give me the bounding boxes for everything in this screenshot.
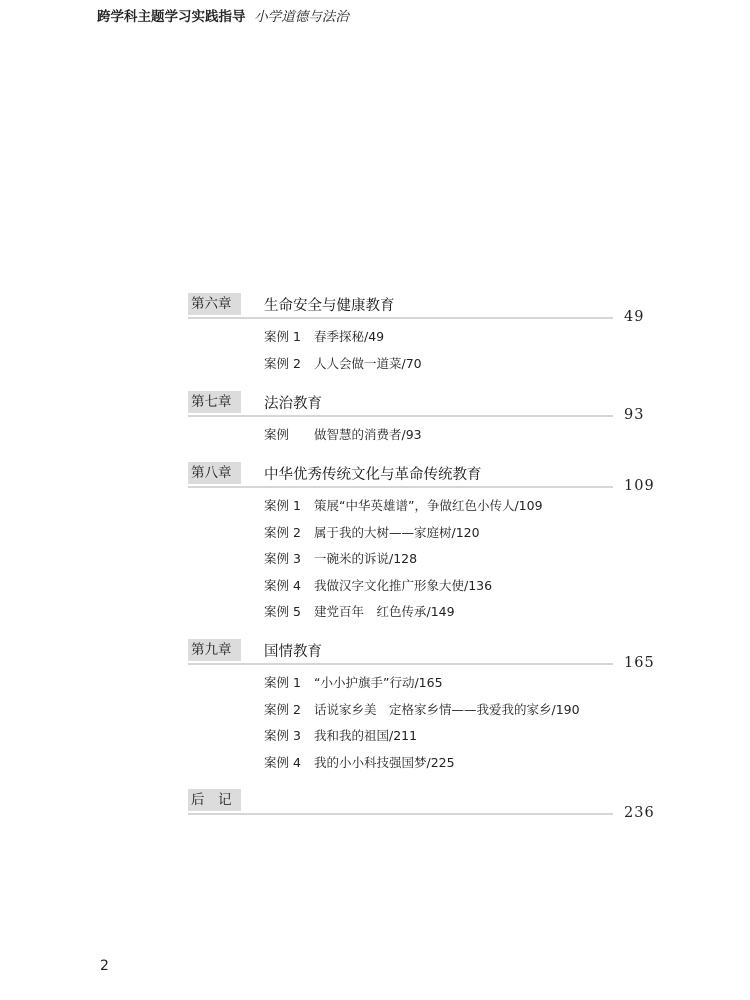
case-number: 案例 <box>264 425 289 443</box>
case-title: 属于我的大树——家庭树/120 <box>314 523 480 541</box>
case-title: 策展“中华英雄谱”，争做红色小传人/109 <box>314 496 543 514</box>
book-title: 跨学科主题学习实践指导 <box>97 9 246 25</box>
case-number: 案例 2 <box>264 700 301 718</box>
case-number: 案例 2 <box>264 523 301 541</box>
page-number: 2 <box>100 958 109 974</box>
case-number: 案例 4 <box>264 576 301 594</box>
case-title: 建党百年 红色传承/149 <box>314 602 455 620</box>
case-title: “小小护旗手”行动/165 <box>314 673 443 691</box>
chapter-label: 第七章 <box>188 391 241 413</box>
case-title: 话说家乡美 定格家乡情——我爱我的家乡/190 <box>314 700 580 718</box>
case-title: 我做汉字文化推广形象大使/136 <box>314 576 492 594</box>
case-title: 人人会做一道菜/70 <box>314 354 422 372</box>
case-number: 案例 1 <box>264 496 301 514</box>
chapter-title[interactable]: 法治教育 <box>264 392 322 413</box>
case-title: 做智慧的消费者/93 <box>314 425 422 443</box>
case-number: 案例 3 <box>264 726 301 744</box>
toc-chapter-7[interactable]: 第七章 法治教育 93 案例 做智慧的消费者/93 <box>188 391 658 452</box>
chapter-page-number: 236 <box>624 805 655 821</box>
case-title: 我和我的祖国/211 <box>314 726 417 744</box>
case-title: 我的小小科技强国梦/225 <box>314 753 455 771</box>
chapter-title[interactable]: 中华优秀传统文化与革命传统教育 <box>264 463 482 484</box>
toc-chapter-9[interactable]: 第九章 国情教育 165 案例 1 “小小护旗手”行动/165 案例 2 话说家… <box>188 639 658 779</box>
case-number: 案例 5 <box>264 602 301 620</box>
chapter-label: 第八章 <box>188 462 241 484</box>
chapter-rule <box>188 486 613 488</box>
chapter-label: 第六章 <box>188 293 241 315</box>
toc-case-item[interactable]: 案例 4 我的小小科技强国梦/225 <box>188 753 658 780</box>
chapter-title[interactable]: 生命安全与健康教育 <box>264 294 395 315</box>
toc-case-item[interactable]: 案例 1 春季探秘/49 <box>188 327 658 354</box>
chapter-rule <box>188 813 613 815</box>
book-subtitle: 小学道德与法治 <box>254 9 349 25</box>
toc-case-item[interactable]: 案例 5 建党百年 红色传承/149 <box>188 602 658 629</box>
case-number: 案例 1 <box>264 673 301 691</box>
chapter-rule <box>188 317 613 319</box>
case-number: 案例 4 <box>264 753 301 771</box>
toc-case-item[interactable]: 案例 1 “小小护旗手”行动/165 <box>188 673 658 700</box>
toc-case-item[interactable]: 案例 2 话说家乡美 定格家乡情——我爱我的家乡/190 <box>188 700 658 727</box>
chapter-rule <box>188 415 613 417</box>
running-head: 跨学科主题学习实践指导 小学道德与法治 <box>97 5 349 25</box>
case-number: 案例 3 <box>264 549 301 567</box>
toc-case-item[interactable]: 案例 2 属于我的大树——家庭树/120 <box>188 523 658 550</box>
toc-case-item[interactable]: 案例 2 人人会做一道菜/70 <box>188 354 658 381</box>
toc-afterword[interactable]: 后 记 236 <box>188 789 658 815</box>
chapter-label: 第九章 <box>188 639 241 661</box>
case-title: 春季探秘/49 <box>314 327 384 345</box>
case-number: 案例 1 <box>264 327 301 345</box>
chapter-page-number: 109 <box>624 478 655 494</box>
chapter-page-number: 49 <box>624 309 644 325</box>
toc-chapter-8[interactable]: 第八章 中华优秀传统文化与革命传统教育 109 案例 1 策展“中华英雄谱”，争… <box>188 462 658 629</box>
chapter-title[interactable]: 国情教育 <box>264 640 322 661</box>
toc-case-item[interactable]: 案例 做智慧的消费者/93 <box>188 425 658 452</box>
toc-case-item[interactable]: 案例 3 我和我的祖国/211 <box>188 726 658 753</box>
case-number: 案例 2 <box>264 354 301 372</box>
case-title: 一碗米的诉说/128 <box>314 549 417 567</box>
chapter-label: 后 记 <box>188 789 241 811</box>
chapter-page-number: 165 <box>624 655 655 671</box>
toc-chapter-6[interactable]: 第六章 生命安全与健康教育 49 案例 1 春季探秘/49 案例 2 人人会做一… <box>188 293 658 380</box>
toc-case-item[interactable]: 案例 3 一碗米的诉说/128 <box>188 549 658 576</box>
chapter-page-number: 93 <box>624 407 644 423</box>
toc-case-item[interactable]: 案例 1 策展“中华英雄谱”，争做红色小传人/109 <box>188 496 658 523</box>
toc-case-item[interactable]: 案例 4 我做汉字文化推广形象大使/136 <box>188 576 658 603</box>
chapter-rule <box>188 663 613 665</box>
